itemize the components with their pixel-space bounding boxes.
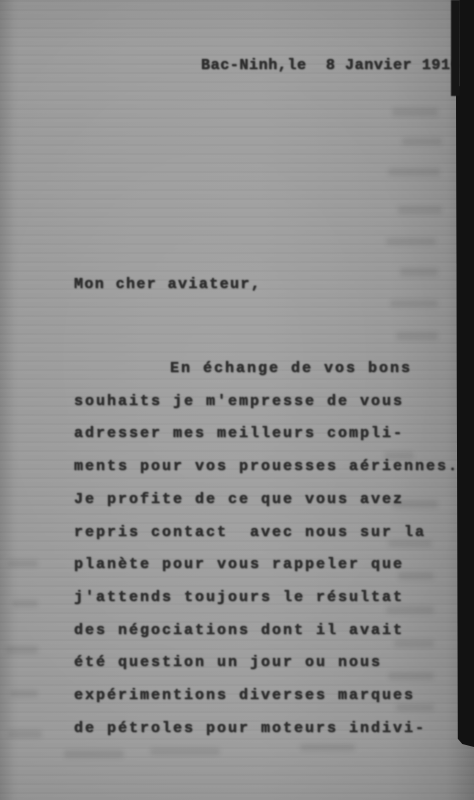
ghost-smudge bbox=[386, 606, 434, 614]
typewritten-line: souhaits je m'empresse de vous bbox=[74, 393, 404, 410]
typewritten-line: adresser mes meilleurs compli- bbox=[74, 425, 404, 442]
ghost-smudge bbox=[398, 206, 442, 214]
ghost-smudge bbox=[12, 600, 38, 607]
typewritten-line: repris contact avec nous sur la bbox=[74, 524, 426, 541]
ghost-smudge bbox=[392, 108, 438, 116]
ghost-smudge bbox=[396, 704, 434, 711]
letter-salutation: Mon cher aviateur, bbox=[74, 276, 261, 293]
typewritten-line: planète pour vous rappeler que bbox=[74, 556, 404, 573]
ghost-smudge bbox=[388, 168, 440, 176]
ghost-smudge bbox=[394, 640, 434, 647]
ghost-smudge bbox=[396, 332, 438, 340]
ghost-smudge bbox=[10, 690, 38, 697]
typewritten-line: j'attends toujours le résultat bbox=[74, 589, 404, 606]
typewritten-line: été question un jour ou nous bbox=[74, 654, 382, 671]
ghost-smudge bbox=[300, 744, 355, 751]
ghost-smudge bbox=[8, 730, 42, 738]
ghost-smudge bbox=[398, 572, 434, 580]
letter-dateline: Bac-Ninh,le 8 Janvier 1916 bbox=[201, 57, 460, 74]
scanned-letter-page: Bac-Ninh,le 8 Janvier 1916 Mon cher avia… bbox=[0, 0, 474, 800]
ghost-smudge bbox=[388, 672, 434, 680]
typewritten-line: expérimentions diverses marques bbox=[74, 687, 415, 704]
scanner-edge-strip-top bbox=[451, 0, 460, 96]
typewritten-line: de pétroles pour moteurs indivi- bbox=[74, 720, 426, 737]
ghost-smudge bbox=[388, 540, 432, 547]
ghost-smudge bbox=[64, 750, 124, 758]
typewritten-line: ments pour vos prouesses aériennes. bbox=[74, 458, 459, 475]
typewritten-line: En échange de vos bons bbox=[170, 360, 412, 377]
ghost-smudge bbox=[400, 268, 438, 276]
ghost-smudge bbox=[8, 560, 38, 567]
typewritten-line: des négociations dont il avait bbox=[74, 622, 404, 639]
ghost-smudge bbox=[402, 138, 442, 145]
scanner-edge-strip bbox=[456, 0, 474, 747]
typewritten-line: Je profite de ce que vous avez bbox=[74, 491, 404, 508]
ghost-smudge bbox=[386, 238, 436, 245]
ghost-smudge bbox=[150, 748, 220, 755]
ghost-smudge bbox=[390, 300, 438, 307]
ghost-smudge bbox=[6, 646, 38, 654]
